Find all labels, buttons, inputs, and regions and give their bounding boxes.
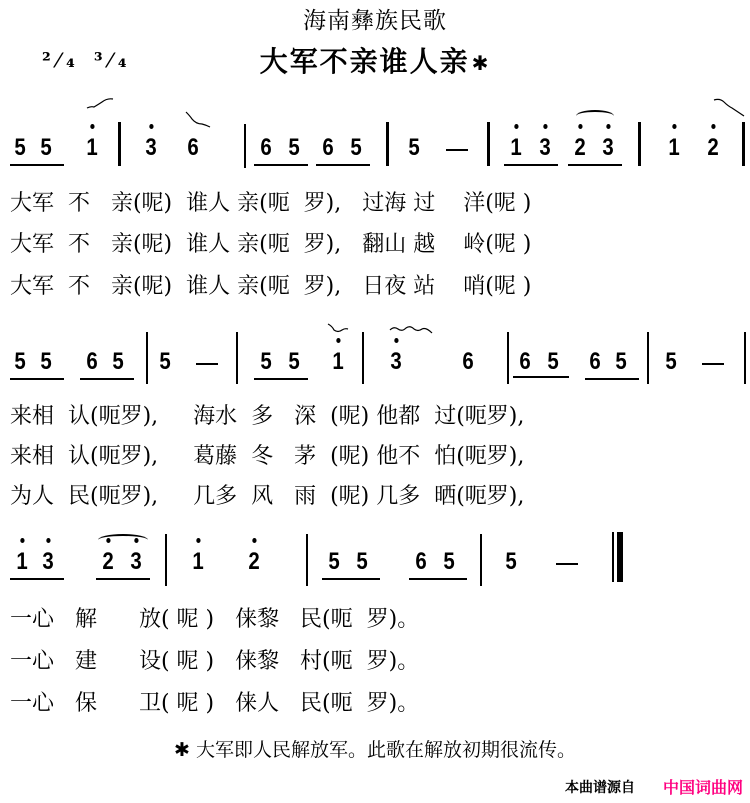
note-high: 3: [601, 134, 615, 162]
note: 6: [461, 348, 475, 376]
lyric-line: 大军 不 亲(呢) 谁人 亲(呃 罗), 翻山 越 岭(呢 ): [10, 231, 531, 259]
underline: [409, 578, 467, 580]
extension-dash: [702, 363, 724, 365]
underline: [513, 376, 569, 378]
lyric-line: 一心 保 卫( 呢 ) 俫人 民(呃 罗)。: [10, 690, 419, 718]
underline: [504, 164, 558, 166]
note-high: 1: [331, 348, 345, 376]
underline: [10, 164, 64, 166]
underline: [254, 378, 308, 380]
bar-line: [244, 124, 246, 168]
note: 5: [349, 134, 363, 162]
underline: [10, 578, 64, 580]
lyric-line: 一心 解 放( 呢 ) 俫黎 民(呃 罗)。: [10, 606, 419, 634]
bar-line: [236, 332, 238, 384]
bar-line: [306, 534, 308, 586]
note-high: 1: [85, 134, 99, 162]
note: 6: [259, 134, 273, 162]
note-high: 1: [15, 548, 29, 576]
source-label: 本曲谱源自: [565, 777, 635, 797]
note: 5: [442, 548, 456, 576]
song-subtitle: 海南彝族民歌: [0, 2, 750, 35]
note: 5: [13, 348, 27, 376]
final-bar-line: [617, 532, 623, 582]
note: 6: [321, 134, 335, 162]
bar-line: [487, 122, 490, 166]
lyric-line: 一心 建 设( 呢 ) 俫黎 村(呃 罗)。: [10, 648, 419, 676]
lyric-line: 大军 不 亲(呢) 谁人 亲(呃 罗), 过海 过 洋(呢 ): [10, 190, 531, 218]
extension-dash: [446, 149, 468, 151]
note: 6: [414, 548, 428, 576]
underline: [80, 378, 134, 380]
note: 6: [85, 348, 99, 376]
note: 5: [355, 548, 369, 576]
note: 5: [259, 348, 273, 376]
song-title-text: 大军不亲谁人亲: [260, 45, 470, 78]
lyric-line: 来相 认(呃罗), 海水 多 深 (呢) 他都 过(呃罗),: [10, 403, 524, 431]
bar-line: [362, 332, 364, 384]
note: 6: [518, 348, 532, 376]
note: 5: [158, 348, 172, 376]
note: 5: [111, 348, 125, 376]
note: 5: [39, 134, 53, 162]
bar-line: [647, 332, 649, 384]
ornament-icon: [326, 322, 350, 336]
underline: [254, 164, 308, 166]
note: 6: [588, 348, 602, 376]
slur: [576, 110, 614, 122]
bar-line: [118, 122, 121, 166]
note: 5: [39, 348, 53, 376]
extension-dash: [196, 363, 218, 365]
note-high: 3: [389, 348, 403, 376]
ornament-icon: [712, 96, 746, 118]
note: 5: [504, 548, 518, 576]
lyric-line: 来相 认(呃罗), 葛藤 冬 茅 (呢) 他不 怕(呃罗),: [10, 443, 524, 471]
note-high: 2: [247, 548, 261, 576]
bar-line: [507, 332, 509, 384]
underline: [568, 164, 622, 166]
final-bar-line: [612, 532, 614, 582]
note-high: 2: [706, 134, 720, 162]
underline: [322, 578, 380, 580]
site-link[interactable]: 中国词曲网: [663, 775, 743, 798]
note-high: 1: [667, 134, 681, 162]
note-high: 3: [129, 548, 143, 576]
note: 5: [614, 348, 628, 376]
note: 5: [664, 348, 678, 376]
note-high: 2: [101, 548, 115, 576]
note: 5: [546, 348, 560, 376]
footnote-mark-icon: ✱: [472, 51, 491, 75]
note: 5: [13, 134, 27, 162]
bar-line: [744, 332, 746, 384]
footnote: ✱ 大军即人民解放军。此歌在解放初期很流传。: [0, 735, 750, 762]
note-high: 1: [191, 548, 205, 576]
lyric-line: 为人 民(呃罗), 几多 风 雨 (呢) 几多 晒(呃罗),: [10, 483, 524, 511]
underline: [10, 378, 64, 380]
underline: [585, 378, 639, 380]
underline: [96, 578, 150, 580]
extension-dash: [556, 563, 578, 565]
ornament-icon: [184, 110, 214, 130]
lyric-line: 大军 不 亲(呢) 谁人 亲(呃 罗), 日夜 站 哨(呢 ): [10, 273, 531, 301]
note-high: 1: [509, 134, 523, 162]
note-high: 3: [41, 548, 55, 576]
time-signature: ²⁄₄ ³⁄₄: [42, 48, 133, 72]
ornament-icon: [85, 96, 115, 112]
note: 5: [287, 134, 301, 162]
bar-line: [638, 122, 641, 166]
bar-line: [480, 534, 482, 586]
note-high: 3: [144, 134, 158, 162]
note: 5: [287, 348, 301, 376]
note: 6: [186, 134, 200, 162]
note: 5: [327, 548, 341, 576]
bar-line: [386, 122, 389, 166]
note: 5: [407, 134, 421, 162]
bar-line: [742, 122, 745, 166]
ornament-icon: [388, 324, 434, 336]
bar-line: [165, 534, 167, 586]
note-high: 2: [573, 134, 587, 162]
bar-line: [146, 332, 148, 384]
underline: [316, 164, 370, 166]
note-high: 3: [538, 134, 552, 162]
